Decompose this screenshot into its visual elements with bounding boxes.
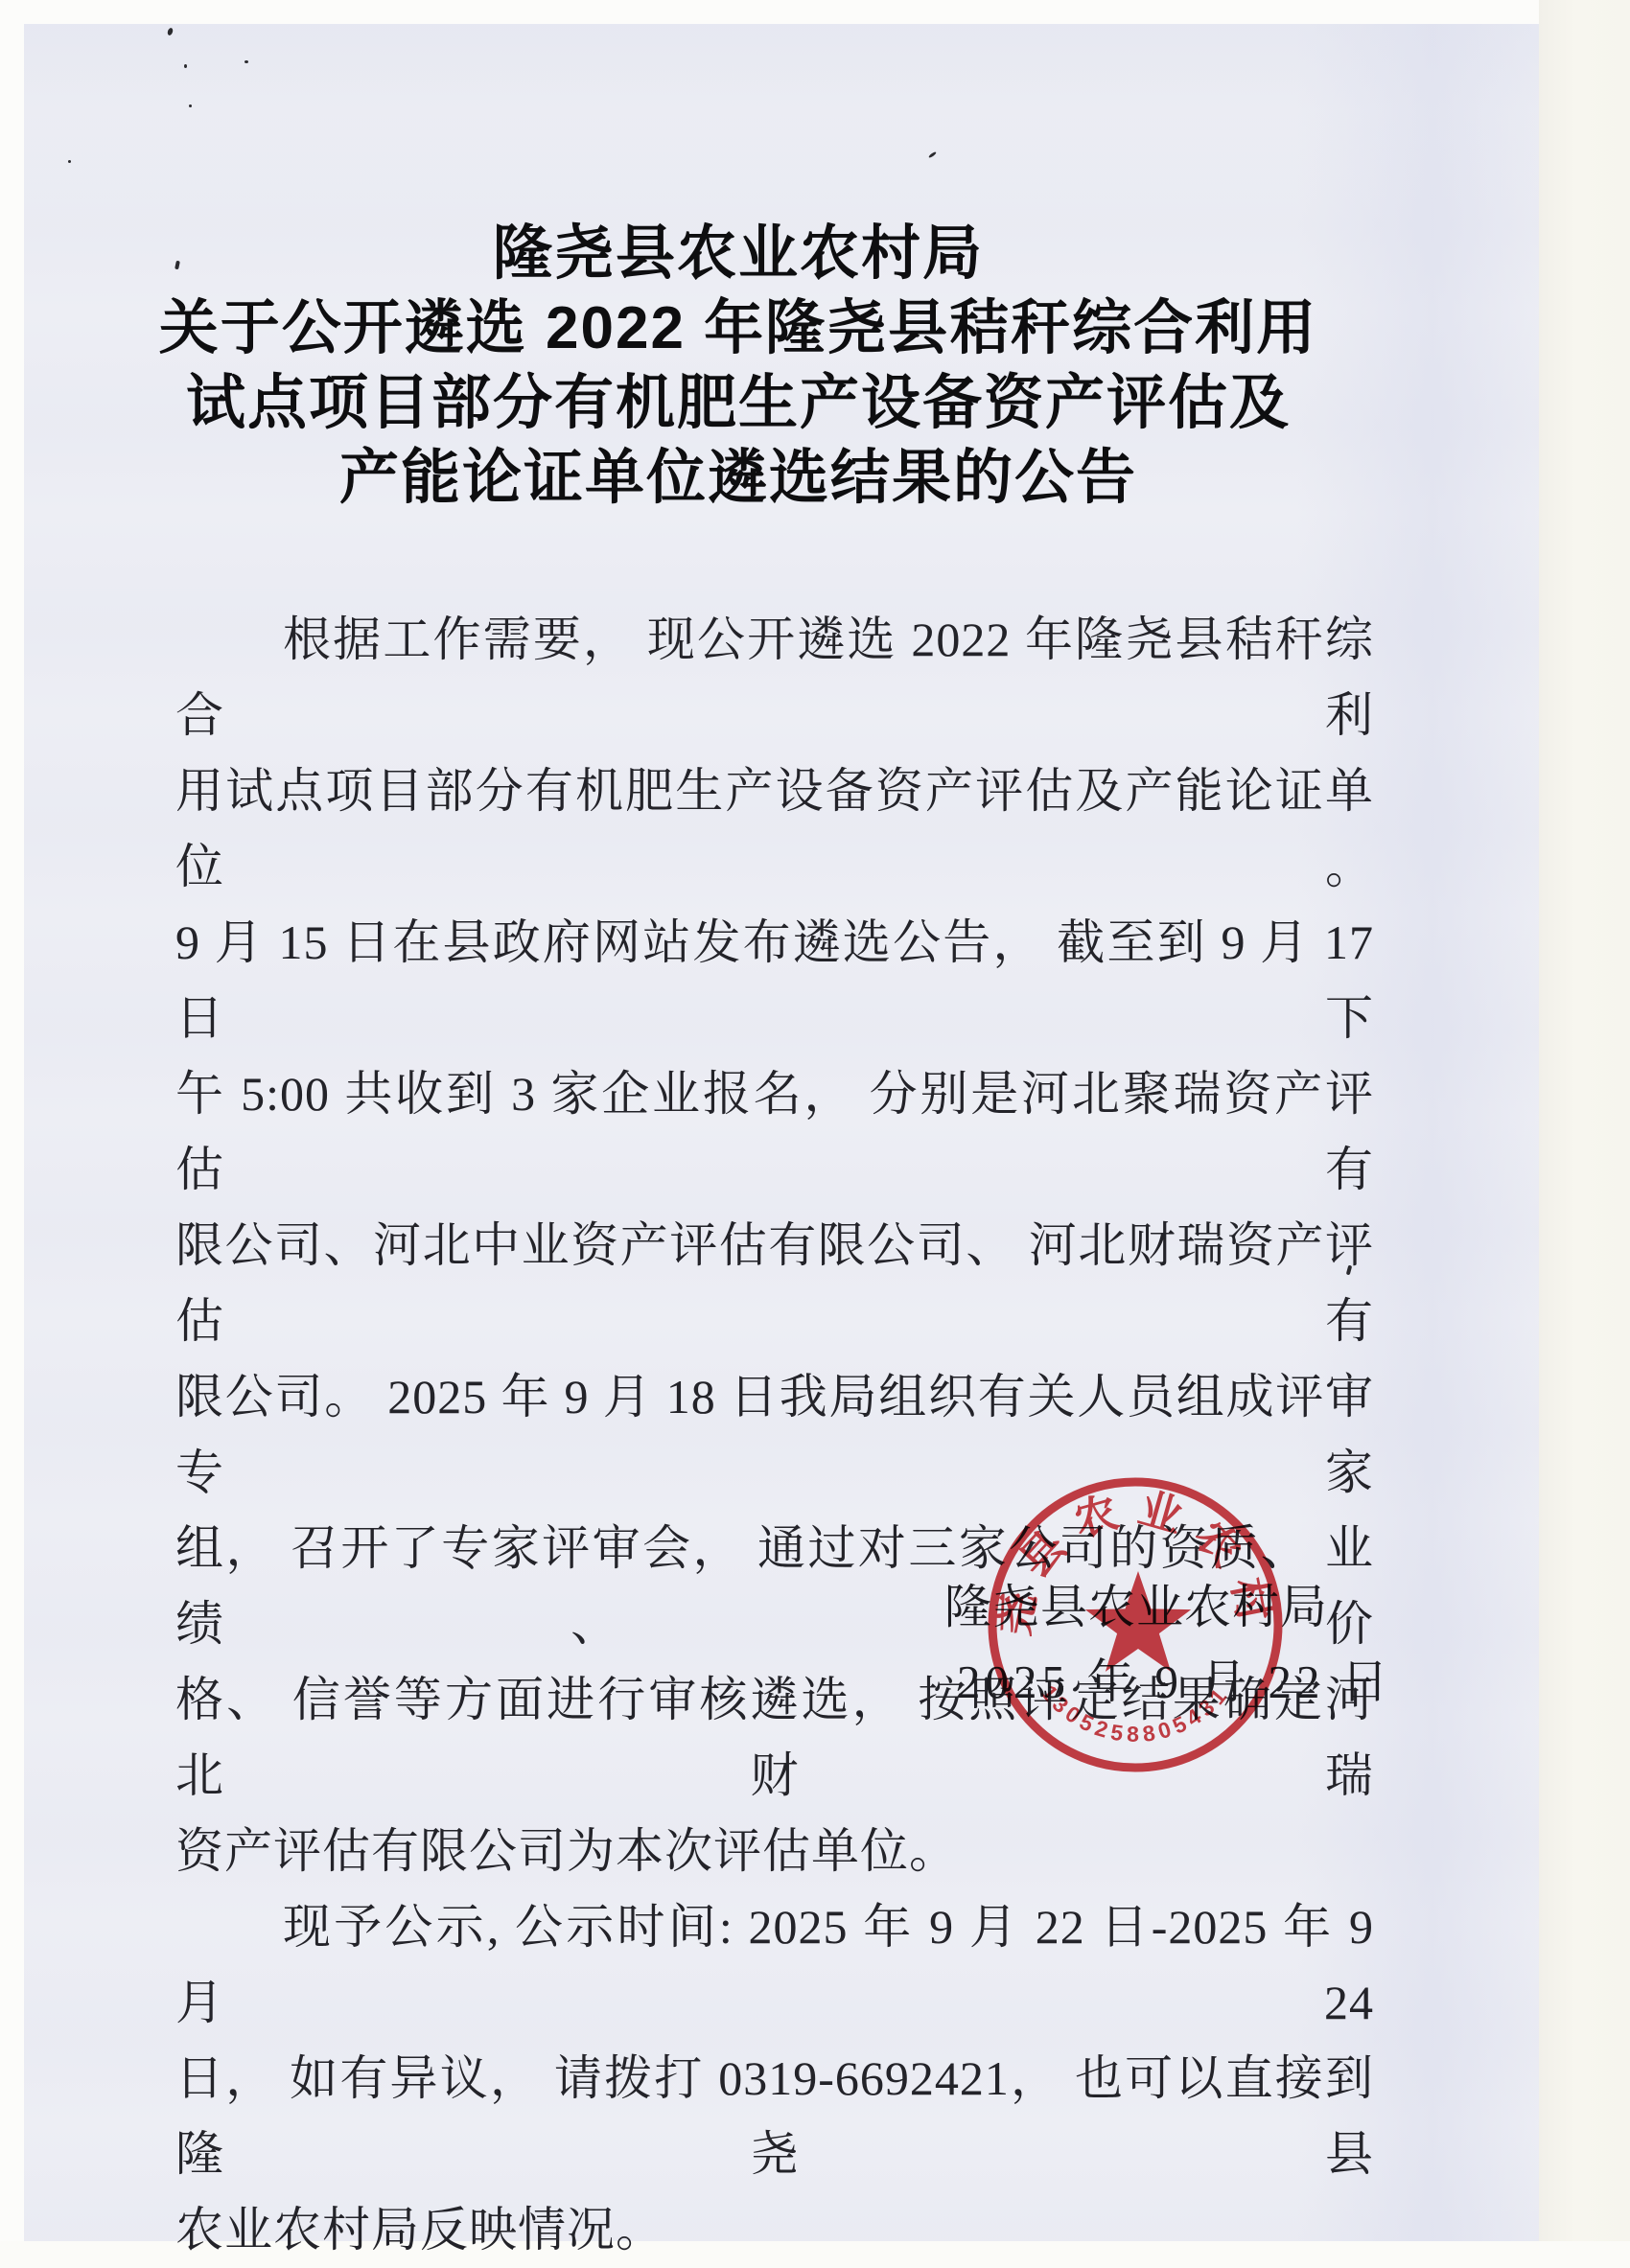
seal-code-text: 1305258805431 — [1036, 1680, 1235, 1747]
body-line: 午 5:00 共收到 3 家企业报名， 分别是河北聚瑞资产评估有 — [175, 1056, 1374, 1208]
title-line-2: 关于公开遴选 2022 年隆尧县秸秆综合利用 — [125, 291, 1352, 366]
scanner-margin — [1539, 0, 1630, 2241]
scanned-page: 隆尧县农业农村局 关于公开遴选 2022 年隆尧县秸秆综合利用 试点项目部分有机… — [0, 0, 1630, 2241]
dust-speck — [184, 64, 187, 68]
official-seal-stamp: 隆尧县农业农村局 1305258805431 — [982, 1471, 1289, 1778]
body-line: 农业农村局反映情况。 — [175, 2192, 1374, 2241]
document-title: 隆尧县农业农村局 关于公开遴选 2022 年隆尧县秸秆综合利用 试点项目部分有机… — [125, 217, 1352, 516]
star-icon — [1085, 1571, 1191, 1672]
body-line: 现予公示, 公示时间: 2025 年 9 月 22 日-2025 年 9 月 2… — [175, 1889, 1374, 2041]
body-line: 根据工作需要， 现公开遴选 2022 年隆尧县秸秆综合利 — [175, 602, 1374, 753]
title-line-3: 试点项目部分有机肥生产设备资产评估及 — [125, 366, 1352, 441]
dust-speck — [68, 160, 71, 163]
title-line-4: 产能论证单位遴选结果的公告 — [125, 441, 1352, 516]
dust-speck — [1312, 1231, 1315, 1234]
body-line: 9 月 15 日在县政府网站发布遴选公告， 截至到 9 月 17 日下 — [175, 905, 1374, 1056]
document-body: 根据工作需要， 现公开遴选 2022 年隆尧县秸秆综合利 用试点项目部分有机肥生… — [175, 602, 1374, 2241]
body-line: 日， 如有异议， 请拨打 0319-6692421， 也可以直接到隆尧县 — [175, 2041, 1374, 2192]
dust-speck — [244, 60, 248, 63]
dust-speck — [189, 104, 192, 107]
body-line: 资产评估有限公司为本次评估单位。 — [175, 1814, 1374, 1889]
svg-text:1305258805431: 1305258805431 — [1036, 1680, 1235, 1747]
title-line-1: 隆尧县农业农村局 — [125, 217, 1352, 291]
body-line: 限公司、河北中业资产评估有限公司、 河北财瑞资产评估有 — [175, 1208, 1374, 1359]
body-line: 用试点项目部分有机肥生产设备资产评估及产能论证单位。 — [175, 753, 1374, 905]
